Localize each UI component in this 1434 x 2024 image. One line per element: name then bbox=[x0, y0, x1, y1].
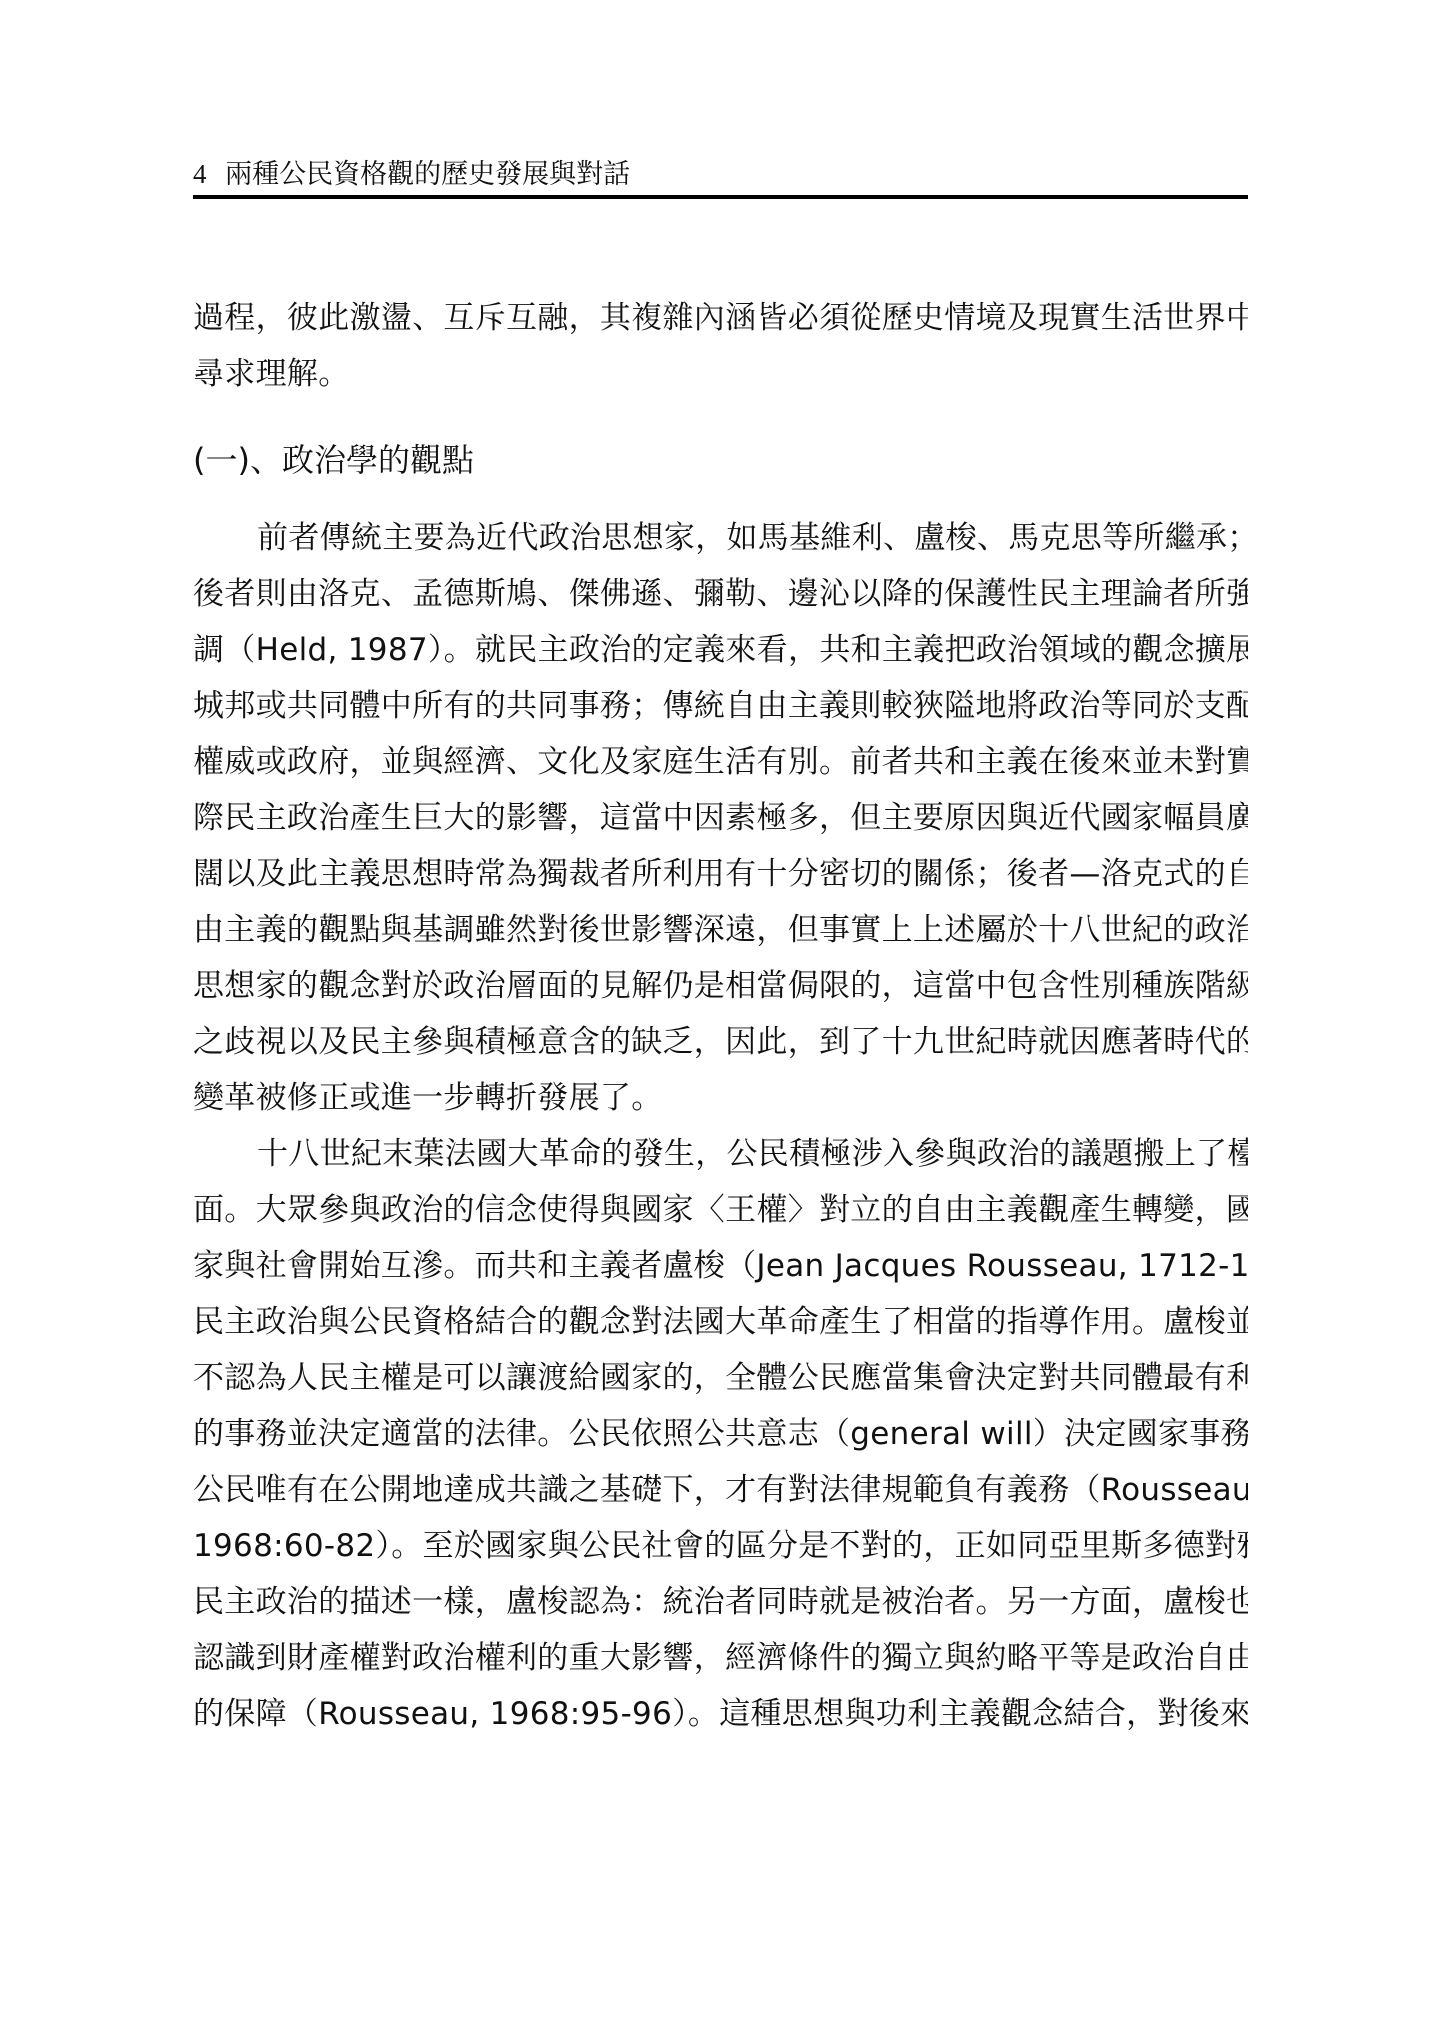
header-rule bbox=[193, 195, 1248, 199]
text-line: 前者傳統主要為近代政治思想家，如馬基維利、盧梭、馬克思等所繼承； bbox=[193, 510, 1248, 566]
running-header: 4 兩種公民資格觀的歷史發展與對話 bbox=[193, 156, 1248, 196]
text-line: 之歧視以及民主參與積極意含的缺乏，因此，到了十九世紀時就因應著時代的 bbox=[193, 1014, 1248, 1070]
text-line: 後者則由洛克、孟德斯鳩、傑佛遜、彌勒、邊沁以降的保護性民主理論者所強 bbox=[193, 566, 1248, 622]
text-line: 思想家的觀念對於政治層面的見解仍是相當侷限的，這當中包含性別種族階級 bbox=[193, 958, 1248, 1014]
text-line: 1968:60-82）。至於國家與公民社會的區分是不對的，正如同亞里斯多德對雅典 bbox=[193, 1518, 1248, 1574]
text-line: 調（Held, 1987）。就民主政治的定義來看，共和主義把政治領域的觀念擴展至 bbox=[193, 622, 1248, 678]
running-title: 兩種公民資格觀的歷史發展與對話 bbox=[225, 159, 630, 190]
text-line: 變革被修正或進一步轉折發展了。 bbox=[193, 1070, 1248, 1126]
text-line: 權威或政府，並與經濟、文化及家庭生活有別。前者共和主義在後來並未對實 bbox=[193, 734, 1248, 790]
text-line: 民主政治與公民資格結合的觀念對法國大革命產生了相當的指導作用。盧梭並 bbox=[193, 1294, 1248, 1350]
text-line: 城邦或共同體中所有的共同事務；傳統自由主義則較狹隘地將政治等同於支配 bbox=[193, 678, 1248, 734]
intro-paragraph: 過程，彼此激盪、互斥互融，其複雜內涵皆必須從歷史情境及現實生活世界中 尋求理解。 bbox=[193, 290, 1248, 402]
text-line: 際民主政治產生巨大的影響，這當中因素極多，但主要原因與近代國家幅員廣 bbox=[193, 790, 1248, 846]
page-number: 4 bbox=[193, 159, 207, 189]
text-line: 公民唯有在公開地達成共識之基礎下，才有對法律規範負有義務（Rousseau, bbox=[193, 1462, 1248, 1518]
text-line: 不認為人民主權是可以讓渡給國家的，全體公民應當集會決定對共同體最有利 bbox=[193, 1350, 1248, 1406]
text-line: 由主義的觀點與基調雖然對後世影響深遠，但事實上上述屬於十八世紀的政治 bbox=[193, 902, 1248, 958]
text-line: 過程，彼此激盪、互斥互融，其複雜內涵皆必須從歷史情境及現實生活世界中 bbox=[193, 290, 1248, 346]
text-line: 尋求理解。 bbox=[193, 346, 1248, 402]
text-line: 十八世紀末葉法國大革命的發生，公民積極涉入參與政治的議題搬上了檯 bbox=[193, 1126, 1248, 1182]
text-line: 家與社會開始互滲。而共和主義者盧梭（Jean Jacques Rousseau,… bbox=[193, 1238, 1248, 1294]
paragraph-1: 前者傳統主要為近代政治思想家，如馬基維利、盧梭、馬克思等所繼承； 後者則由洛克、… bbox=[193, 510, 1248, 1126]
text-line: 認識到財產權對政治權利的重大影響，經濟條件的獨立與約略平等是政治自由 bbox=[193, 1630, 1248, 1686]
text-line: 的保障（Rousseau, 1968:95-96）。這種思想與功利主義觀念結合，… bbox=[193, 1686, 1248, 1742]
text-line: 民主政治的描述一樣，盧梭認為：統治者同時就是被治者。另一方面，盧梭也 bbox=[193, 1574, 1248, 1630]
document-page: 4 兩種公民資格觀的歷史發展與對話 過程，彼此激盪、互斥互融，其複雜內涵皆必須從… bbox=[0, 0, 1434, 2024]
text-line: 闊以及此主義思想時常為獨裁者所利用有十分密切的關係；後者—洛克式的自 bbox=[193, 846, 1248, 902]
body-text: 過程，彼此激盪、互斥互融，其複雜內涵皆必須從歷史情境及現實生活世界中 尋求理解。… bbox=[193, 290, 1248, 1742]
paragraph-2: 十八世紀末葉法國大革命的發生，公民積極涉入參與政治的議題搬上了檯 面。大眾參與政… bbox=[193, 1126, 1248, 1742]
text-line: 面。大眾參與政治的信念使得與國家〈王權〉對立的自由主義觀產生轉變，國 bbox=[193, 1182, 1248, 1238]
text-line: 的事務並決定適當的法律。公民依照公共意志（general will）決定國家事務… bbox=[193, 1406, 1248, 1462]
section-heading: (一)、政治學的觀點 bbox=[193, 432, 1248, 488]
